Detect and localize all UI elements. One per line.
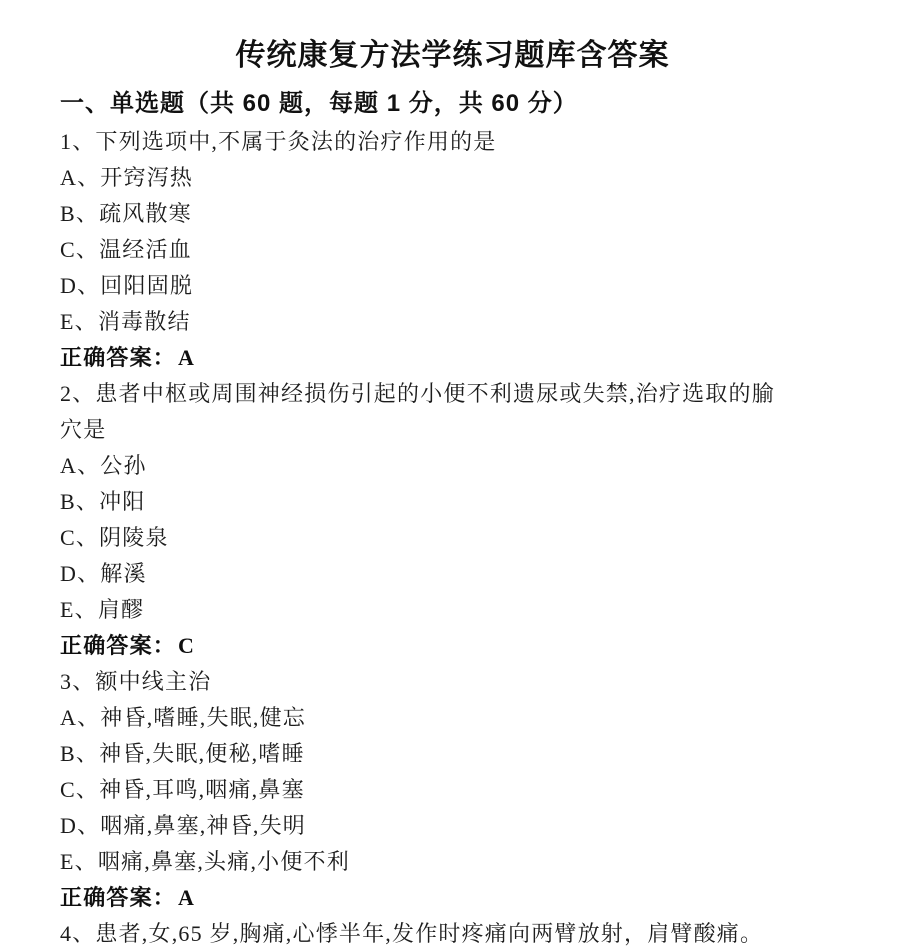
option-line: D、解溪 (60, 556, 845, 592)
page-title: 传统康复方法学练习题库含答案 (60, 36, 845, 76)
option-line: B、冲阳 (60, 484, 845, 520)
question-text-lines: 3、额中线主治 (60, 664, 845, 700)
options: A、公孙B、冲阳C、阴陵泉D、解溪E、肩醪 (60, 448, 845, 628)
question-text: 穴是 (60, 412, 845, 448)
question-block: 4、患者,女,65 岁,胸痛,心悸半年,发作时疼痛向两臂放射，肩臂酸痛。 (60, 916, 845, 950)
question-text: 3、额中线主治 (60, 664, 845, 700)
option-line: A、开窍泻热 (60, 160, 845, 196)
option-line: E、肩醪 (60, 592, 845, 628)
answer-line: 正确答案：A (60, 340, 845, 376)
options: A、开窍泻热B、疏风散寒C、温经活血D、回阳固脱E、消毒散结 (60, 160, 845, 340)
option-line: B、神昏,失眠,便秘,嗜睡 (60, 736, 845, 772)
question-text: 4、患者,女,65 岁,胸痛,心悸半年,发作时疼痛向两臂放射，肩臂酸痛。 (60, 916, 845, 950)
option-line: E、消毒散结 (60, 304, 845, 340)
questions-container: 1、下列选项中,不属于灸法的治疗作用的是 A、开窍泻热B、疏风散寒C、温经活血D… (60, 124, 845, 950)
answer-line: 正确答案：C (60, 628, 845, 664)
question-text-lines: 4、患者,女,65 岁,胸痛,心悸半年,发作时疼痛向两臂放射，肩臂酸痛。 (60, 916, 845, 950)
option-line: A、公孙 (60, 448, 845, 484)
answer-value: A (176, 345, 195, 370)
answer-line: 正确答案：A (60, 880, 845, 916)
question-block: 3、额中线主治 A、神昏,嗜睡,失眠,健忘B、神昏,失眠,便秘,嗜睡C、神昏,耳… (60, 664, 845, 916)
option-line: C、温经活血 (60, 232, 845, 268)
answer-label: 正确答案： (60, 885, 176, 910)
question-text: 1、下列选项中,不属于灸法的治疗作用的是 (60, 124, 845, 160)
answer-value: C (176, 633, 195, 658)
question-text: 2、患者中枢或周围神经损伤引起的小便不利遗尿或失禁,治疗选取的腧 (60, 376, 845, 412)
option-line: C、阴陵泉 (60, 520, 845, 556)
option-line: B、疏风散寒 (60, 196, 845, 232)
option-line: A、神昏,嗜睡,失眠,健忘 (60, 700, 845, 736)
option-line: E、咽痛,鼻塞,头痛,小便不利 (60, 844, 845, 880)
question-text-lines: 2、患者中枢或周围神经损伤引起的小便不利遗尿或失禁,治疗选取的腧穴是 (60, 376, 845, 448)
answer-label: 正确答案： (60, 633, 176, 658)
option-line: C、神昏,耳鸣,咽痛,鼻塞 (60, 772, 845, 808)
section-heading: 一、单选题（共 60 题，每题 1 分，共 60 分） (60, 84, 845, 124)
answer-label: 正确答案： (60, 345, 176, 370)
option-line: D、咽痛,鼻塞,神昏,失明 (60, 808, 845, 844)
options: A、神昏,嗜睡,失眠,健忘B、神昏,失眠,便秘,嗜睡C、神昏,耳鸣,咽痛,鼻塞D… (60, 700, 845, 880)
question-block: 1、下列选项中,不属于灸法的治疗作用的是 A、开窍泻热B、疏风散寒C、温经活血D… (60, 124, 845, 376)
answer-value: A (176, 885, 195, 910)
option-line: D、回阳固脱 (60, 268, 845, 304)
question-block: 2、患者中枢或周围神经损伤引起的小便不利遗尿或失禁,治疗选取的腧穴是 A、公孙B… (60, 376, 845, 664)
question-text-lines: 1、下列选项中,不属于灸法的治疗作用的是 (60, 124, 845, 160)
document-page: 传统康复方法学练习题库含答案 一、单选题（共 60 题，每题 1 分，共 60 … (0, 0, 900, 950)
